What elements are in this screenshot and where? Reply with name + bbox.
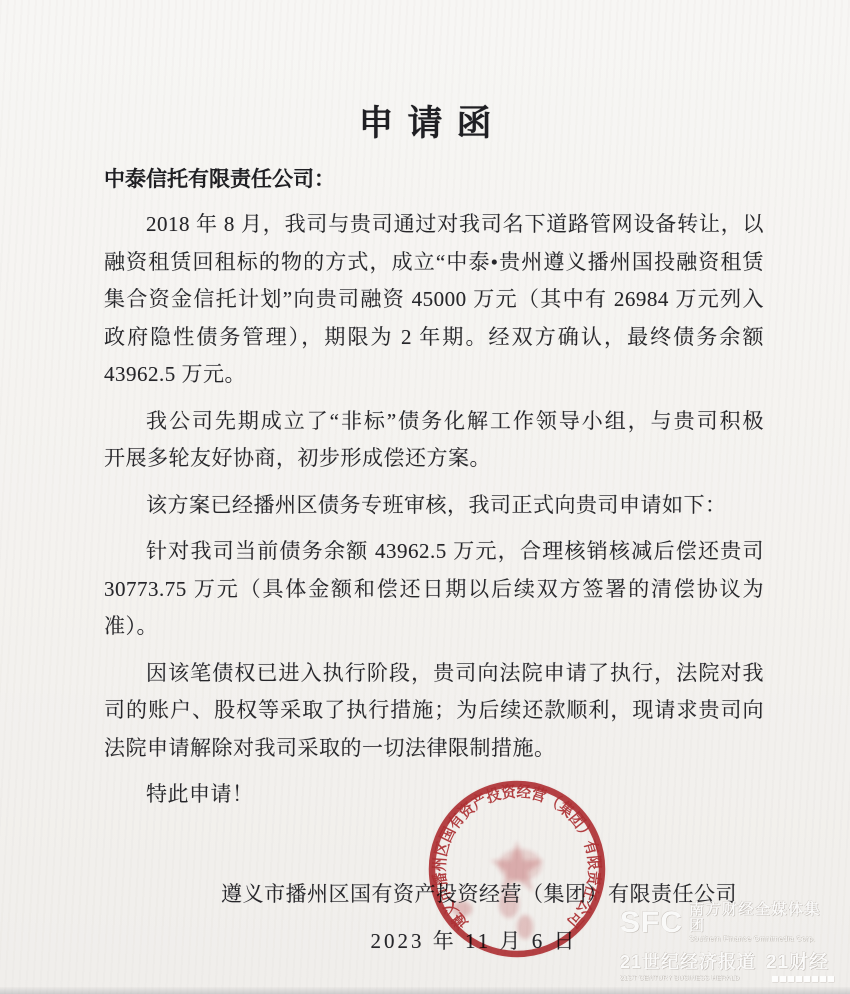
paragraph-line: 特此申请！: [104, 776, 764, 814]
mini-square-icon: [804, 976, 810, 982]
mini-square-icon: [828, 976, 834, 982]
paragraph-line: 融资租赁回租标的物的方式，成立“中泰•贵州遵义播州国投融资租赁: [104, 244, 764, 282]
paragraph: 特此申请！: [104, 776, 764, 814]
watermark-row-3: 21ST CENTURY BUSINESS HERALD: [620, 975, 834, 982]
mini-square-icon: [772, 976, 778, 982]
addressee-line: 中泰信托有限责任公司：: [104, 164, 764, 194]
document-title: 申请函: [0, 96, 850, 146]
mini-square-icon: [788, 976, 794, 982]
paragraph: 针对我司当前债务余额 43962.5 万元，合理核销核减后偿还贵司30773.7…: [104, 533, 764, 646]
paragraph: 该方案已经播州区债务专班审核，我司正式向贵司申请如下：: [104, 487, 764, 525]
paragraph-line: 该方案已经播州区债务专班审核，我司正式向贵司申请如下：: [104, 487, 764, 525]
paragraph-line: 2018 年 8 月，我司与贵司通过对我司名下道路管网设备转让，以: [104, 206, 764, 244]
paragraph-line: 因该笔债权已进入执行阶段，贵司向法院申请了执行，法院对我: [104, 655, 764, 693]
signature-date: 2023 年 11 月 6 日: [144, 923, 804, 961]
document-page: 申请函 中泰信托有限责任公司： 2018 年 8 月，我司与贵司通过对我司名下道…: [0, 0, 850, 994]
document-content: 中泰信托有限责任公司： 2018 年 8 月，我司与贵司通过对我司名下道路管网设…: [104, 164, 764, 961]
paragraph-line: 司的账户、股权等采取了执行措施；为后续还款顺利，现请求贵司向: [104, 692, 764, 730]
scan-edge-shadow: [0, 987, 850, 994]
paragraph-line: 针对我司当前债务余额 43962.5 万元，合理核销核减后偿还贵司: [104, 533, 764, 571]
mini-square-icon: [812, 976, 818, 982]
mini-square-icon: [820, 976, 826, 982]
paragraph: 2018 年 8 月，我司与贵司通过对我司名下道路管网设备转让，以融资租赁回租标…: [104, 206, 764, 394]
watermark-mini-squares: [772, 976, 834, 982]
mini-square-icon: [796, 976, 802, 982]
document-body: 2018 年 8 月，我司与贵司通过对我司名下道路管网设备转让，以融资租赁回租标…: [104, 206, 764, 814]
paragraph: 因该笔债权已进入执行阶段，贵司向法院申请了执行，法院对我司的账户、股权等采取了执…: [104, 655, 764, 768]
signature-company: 遵义市播州区国有资产投资经营（集团）有限责任公司: [104, 876, 764, 914]
paragraph-line: 开展多轮友好协商，初步形成偿还方案。: [104, 440, 764, 478]
paragraph-line: 政府隐性债务管理），期限为 2 年期。经双方确认，最终债务余额: [104, 319, 764, 357]
paragraph-line: 30773.75 万元（具体金额和偿还日期以后续双方签署的清偿协议为准）。: [104, 571, 764, 646]
paragraph: 我公司先期成立了“非标”债务化解工作领导小组，与贵司积极开展多轮友好协商，初步形…: [104, 403, 764, 478]
paragraph-line: 43962.5 万元。: [104, 356, 764, 394]
paragraph-line: 集合资金信托计划”向贵司融资 45000 万元（其中有 26984 万元列入: [104, 281, 764, 319]
paragraph-line: 我公司先期成立了“非标”债务化解工作领导小组，与贵司积极: [104, 403, 764, 441]
mini-square-icon: [780, 976, 786, 982]
paragraph-line: 法院申请解除对我司采取的一切法律限制措施。: [104, 730, 764, 768]
watermark-brand-herald-en: 21ST CENTURY BUSINESS HERALD: [620, 975, 740, 982]
